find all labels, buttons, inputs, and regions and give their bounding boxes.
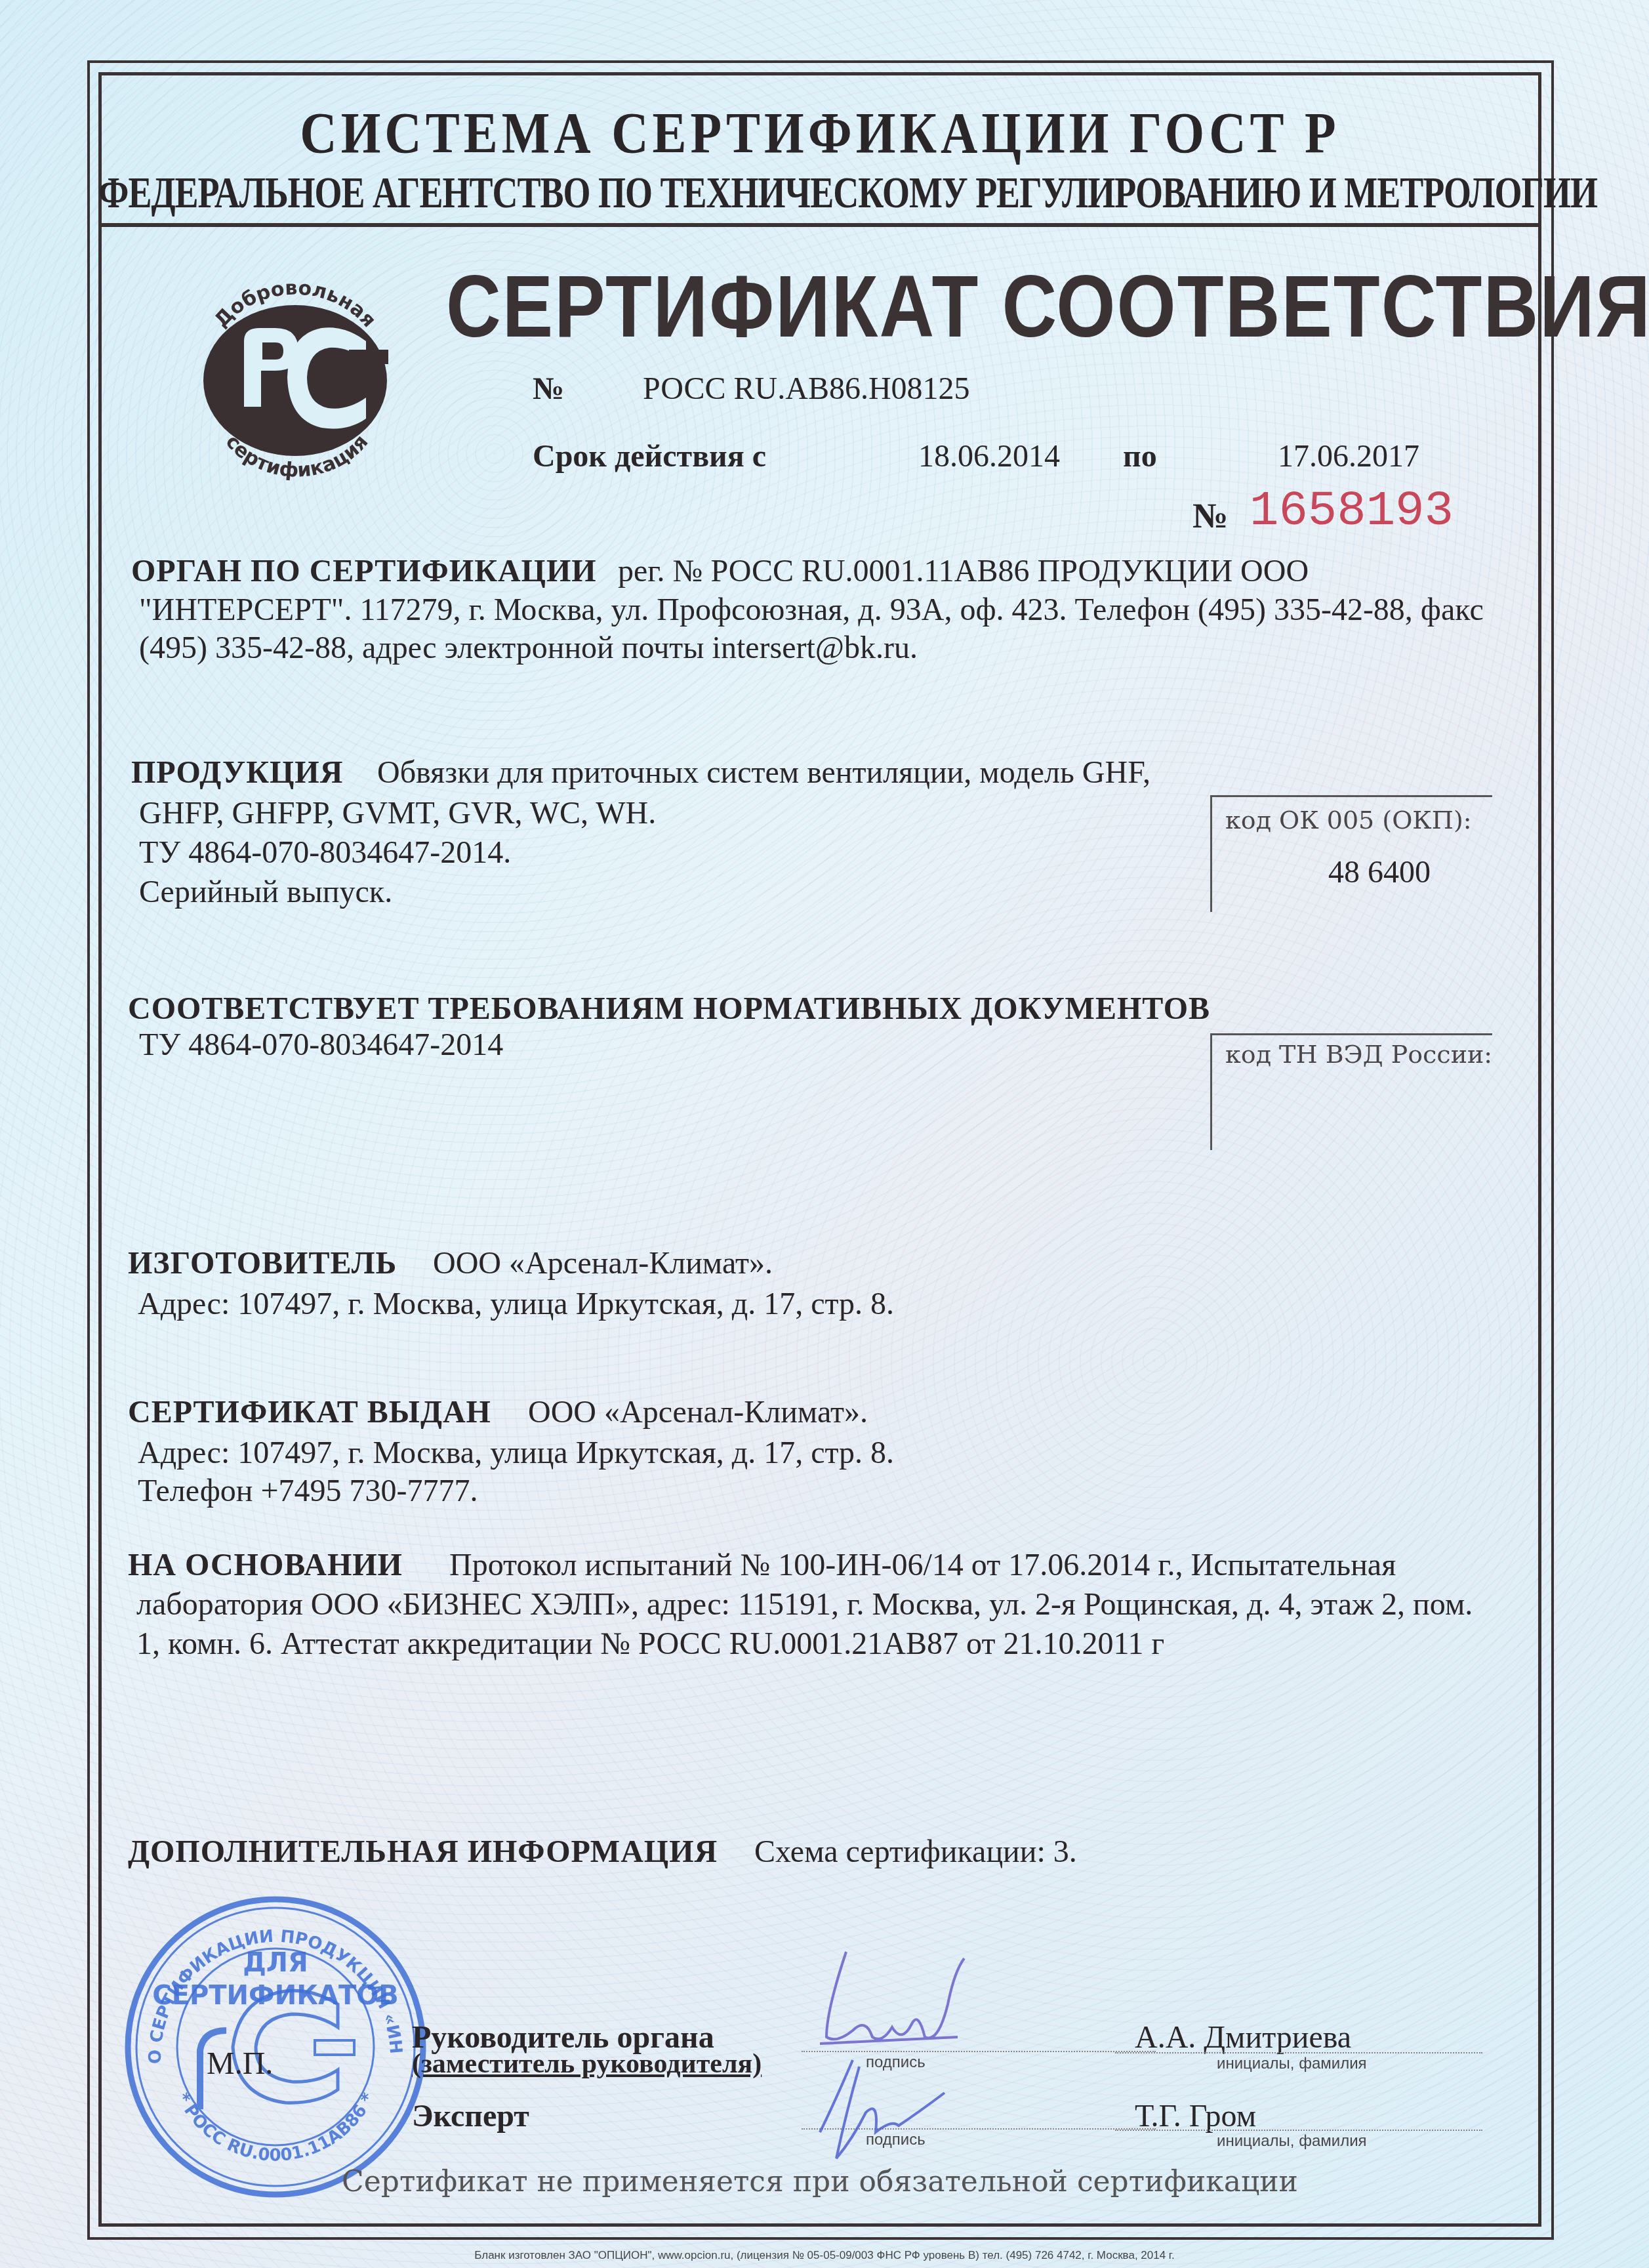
product-line-4: Серийный выпуск. bbox=[139, 874, 392, 910]
basis-line-2: лаборатория ООО «БИЗНЕС ХЭЛП», адрес: 11… bbox=[136, 1586, 1473, 1622]
head-name: А.А. Дмитриева bbox=[1135, 2019, 1351, 2055]
okp-code-value: 48 6400 bbox=[1328, 854, 1431, 890]
agency-title: ФЕДЕРАЛЬНОЕ АГЕНТСТВО ПО ТЕХНИЧЕСКОМУ РЕ… bbox=[98, 167, 1541, 218]
issued-to-name: ООО «Арсенал-Климат». bbox=[528, 1394, 868, 1430]
validity-label: Срок действия с bbox=[533, 438, 766, 474]
head-name-line bbox=[1115, 2052, 1482, 2053]
expert-name-caption: инициалы, фамилия bbox=[1217, 2132, 1367, 2151]
head-sub-label: (заместитель руководителя) bbox=[412, 2048, 762, 2080]
basis-label: НА ОСНОВАНИИ bbox=[128, 1547, 403, 1583]
issued-to-address: Адрес: 107497, г. Москва, улица Иркутска… bbox=[138, 1435, 894, 1471]
valid-from: 18.06.2014 bbox=[918, 438, 1060, 474]
expert-label: Эксперт bbox=[412, 2098, 529, 2134]
manufacturer-name: ООО «Арсенал-Климат». bbox=[433, 1245, 773, 1281]
manufacturer-address: Адрес: 107497, г. Москва, улица Иркутска… bbox=[138, 1286, 894, 1322]
conformity-label: СООТВЕТСТВУЕТ ТРЕБОВАНИЯМ НОРМАТИВНЫХ ДО… bbox=[128, 991, 1210, 1027]
svg-text:ОРГАН ПО СЕРТИФИКАЦИИ ПРОДУКЦИ: ОРГАН ПО СЕРТИФИКАЦИИ ПРОДУКЦИИ «ИНТЕРСЕ… bbox=[121, 1893, 405, 2064]
valid-to: 17.06.2017 bbox=[1278, 438, 1419, 474]
certificate-title: СЕРТИФИКАТ СООТВЕТСТВИЯ bbox=[446, 256, 1649, 357]
basis-line-3: 1, комн. 6. Аттестат аккредитации № РОСС… bbox=[136, 1626, 1164, 1662]
header-divider bbox=[98, 223, 1541, 227]
additional-info-label: ДОПОЛНИТЕЛЬНАЯ ИНФОРМАЦИЯ bbox=[128, 1834, 718, 1870]
product-label: ПРОДУКЦИЯ bbox=[131, 754, 343, 791]
voluntary-certification-note: Сертификат не применяется при обязательн… bbox=[98, 2165, 1541, 2198]
head-name-caption: инициалы, фамилия bbox=[1217, 2055, 1367, 2073]
expert-signature-icon bbox=[807, 2053, 951, 2172]
certificate-number: РОСС RU.АВ86.Н08125 bbox=[643, 371, 970, 407]
product-line-3: ТУ 4864-070-8034647-2014. bbox=[139, 835, 511, 871]
basis-line-1: Протокол испытаний № 100-ИН-06/14 от 17.… bbox=[449, 1547, 1396, 1583]
organ-line-1: рег. № РОСС RU.0001.11АВ86 ПРОДУКЦИИ ООО bbox=[618, 553, 1309, 589]
product-line-2: GHFP, GHFPP, GVMT, GVR, WC, WH. bbox=[139, 795, 656, 831]
seal-place-label: М.П. bbox=[207, 2046, 273, 2082]
certification-scheme: Схема сертификации: 3. bbox=[754, 1834, 1077, 1870]
number-sign: № bbox=[533, 371, 564, 407]
organ-seal-stamp-icon: ОРГАН ПО СЕРТИФИКАЦИИ ПРОДУКЦИИ «ИНТЕРСЕ… bbox=[121, 1893, 430, 2201]
expert-name-line bbox=[1115, 2130, 1482, 2131]
valid-to-label: по bbox=[1123, 438, 1157, 474]
expert-name: Т.Г. Гром bbox=[1135, 2098, 1256, 2134]
conformity-document: ТУ 4864-070-8034647-2014 bbox=[139, 1027, 503, 1063]
system-title: СИСТЕМА СЕРТИФИКАЦИИ ГОСТ Р bbox=[98, 98, 1541, 167]
issued-to-phone: Телефон +7495 730-7777. bbox=[138, 1473, 478, 1509]
rst-logo-icon: Добровольная сертификация bbox=[190, 262, 400, 499]
blank-number-sign: № bbox=[1192, 495, 1228, 536]
organ-line-2: "ИНТЕРСЕРТ". 117279, г. Москва, ул. Проф… bbox=[139, 592, 1484, 628]
organ-label: ОРГАН ПО СЕРТИФИКАЦИИ bbox=[131, 553, 597, 589]
svg-text:ДЛЯ: ДЛЯ bbox=[243, 1948, 308, 1978]
product-line-1: Обвязки для приточных систем вентиляции,… bbox=[377, 754, 1150, 791]
issued-to-label: СЕРТИФИКАТ ВЫДАН bbox=[128, 1394, 491, 1430]
blank-manufacturer-info: Бланк изготовлен ЗАО "ОПЦИОН", www.opcio… bbox=[0, 2249, 1649, 2262]
svg-text:СЕРТИФИКАТОВ: СЕРТИФИКАТОВ bbox=[152, 1981, 398, 2011]
organ-line-3: (495) 335-42-88, адрес электронной почты… bbox=[139, 630, 918, 666]
blank-serial-number: 1658193 bbox=[1250, 484, 1454, 539]
okp-code-label: код ОК 005 (ОКП): bbox=[1225, 806, 1472, 835]
tnved-code-label: код ТН ВЭД России: bbox=[1225, 1040, 1492, 1069]
manufacturer-label: ИЗГОТОВИТЕЛЬ bbox=[128, 1245, 397, 1281]
